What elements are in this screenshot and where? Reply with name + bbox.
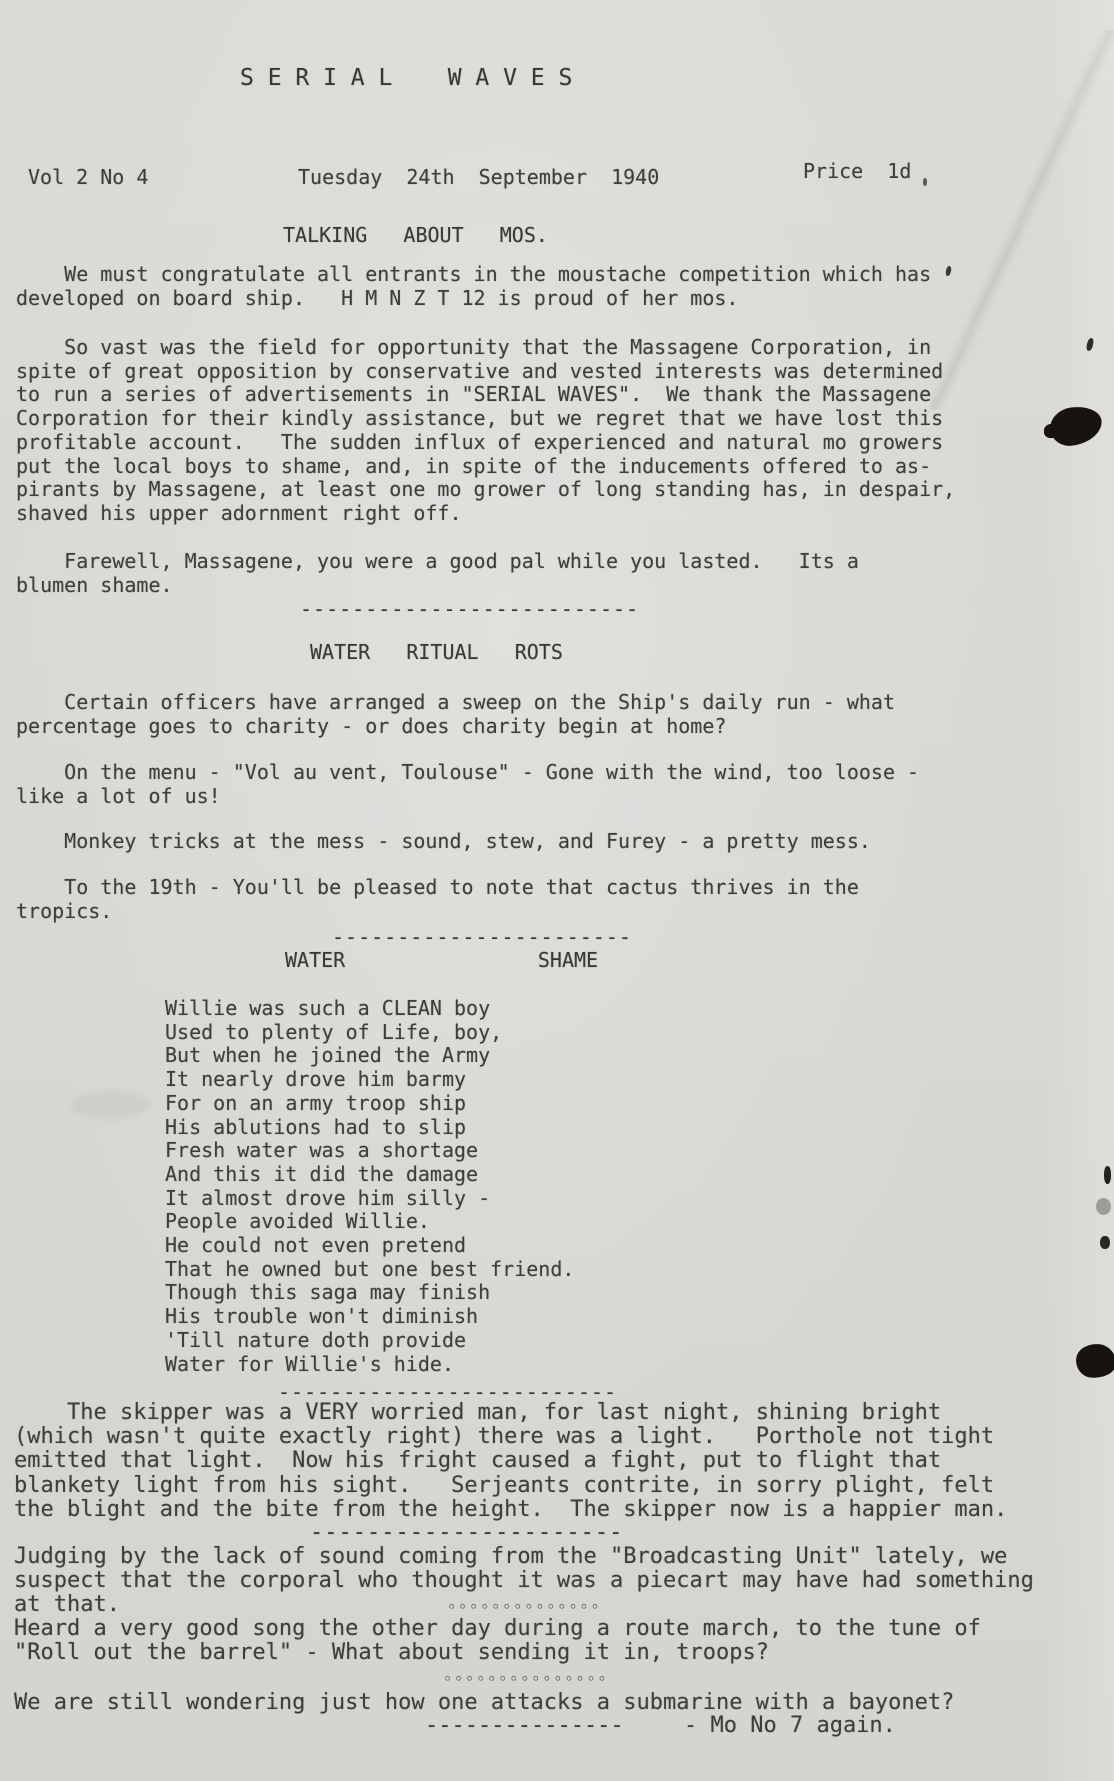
dashed-separator: ----------------------: [310, 1526, 623, 1540]
paragraph-congratulate: We must congratulate all entrants in the…: [16, 263, 931, 310]
paragraph-monkey: Monkey tricks at the mess - sound, stew,…: [16, 830, 871, 854]
issue-date: Tuesday 24th September 1940: [298, 166, 659, 190]
page-edge-shading: [1044, 0, 1114, 1781]
dashed-separator: --------------------------: [278, 1385, 617, 1399]
section-heading-ritual: WATER RITUAL ROTS: [310, 640, 563, 664]
footer-dashes: ---------------: [425, 1714, 624, 1738]
ink-blot: [1044, 424, 1060, 438]
document-page: S E R I A L W A V E S Vol 2 No 4 Tuesday…: [0, 0, 1114, 1781]
paragraph-wondering: We are still wondering just how one atta…: [14, 1691, 954, 1715]
poem-willie: Willie was such a CLEAN boy Used to plen…: [165, 997, 574, 1376]
section-heading-shame: WATER SHAME: [285, 948, 598, 972]
section-heading-mos: TALKING ABOUT MOS.: [283, 223, 548, 247]
dotted-separator: ◦◦◦◦◦◦◦◦◦◦◦◦◦◦: [447, 1600, 601, 1614]
paragraph-menu: On the menu - "Vol au vent, Toulouse" - …: [16, 761, 919, 808]
newsletter-title: S E R I A L W A V E S: [240, 66, 572, 90]
dashed-separator: -----------------------: [332, 930, 632, 944]
paragraph-farewell: Farewell, Massagene, you were a good pal…: [16, 550, 859, 597]
ink-speck: [1100, 1236, 1110, 1249]
dotted-separator: ◦◦◦◦◦◦◦◦◦◦◦◦◦◦◦: [443, 1672, 608, 1686]
ink-speck: [923, 178, 927, 186]
paragraph-sweep: Certain officers have arranged a sweep o…: [16, 691, 895, 738]
paper-stain: [70, 1090, 150, 1120]
dashed-separator: --------------------------: [300, 602, 639, 616]
volume-number: Vol 2 No 4: [28, 166, 148, 190]
paragraph-cactus: To the 19th - You'll be pleased to note …: [16, 876, 859, 923]
attribution: - Mo No 7 again.: [684, 1714, 896, 1738]
price: Price 1d: [803, 160, 911, 184]
ink-smudge: [1096, 1198, 1111, 1215]
paragraph-massagene: So vast was the field for opportunity th…: [16, 336, 955, 526]
paragraph-skipper: The skipper was a VERY worried man, for …: [14, 1401, 1007, 1522]
ink-speck: [1104, 1166, 1111, 1184]
paragraph-heard: Heard a very good song the other day dur…: [14, 1617, 981, 1665]
